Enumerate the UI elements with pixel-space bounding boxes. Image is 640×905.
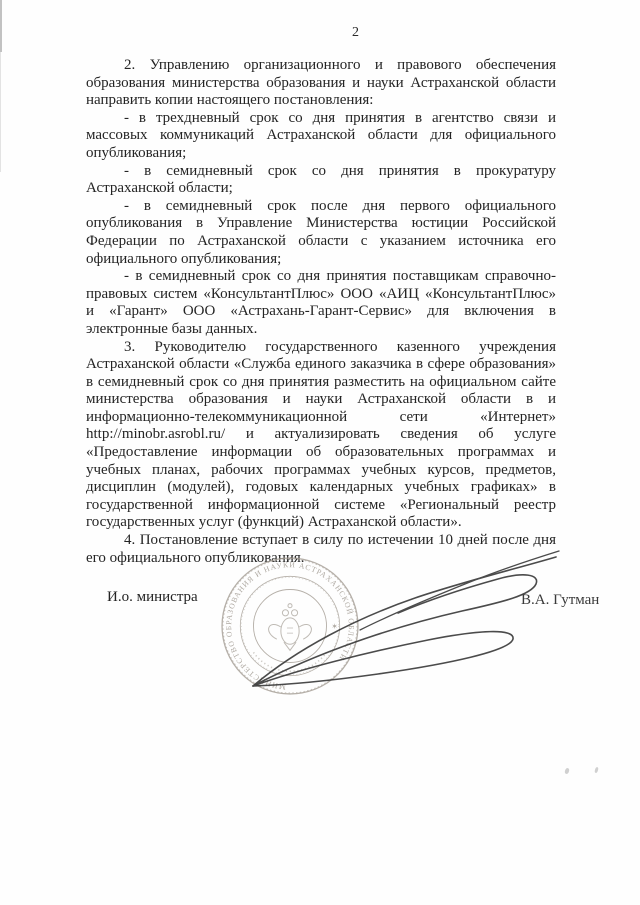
paragraph: - в семидневный срок после дня первого о… — [86, 198, 556, 268]
signer-name: В.А. Гутман — [521, 592, 599, 609]
paragraph: 3. Руководителю государственного казенно… — [86, 339, 556, 533]
paragraph: 2. Управлению организационного и правово… — [86, 57, 556, 110]
official-seal: МИНИСТЕРСТВО ОБРАЗОВАНИЯ И НАУКИ АСТРАХА… — [219, 555, 361, 697]
paragraph: - в трехдневный срок со дня принятия в а… — [86, 110, 556, 163]
scan-edge-artifact — [0, 52, 1, 172]
double-headed-eagle-icon — [269, 604, 312, 651]
seal-star-icon: ✶ — [331, 622, 338, 631]
signer-role: И.о. министра — [107, 589, 198, 606]
scan-speck — [564, 768, 570, 775]
paragraph: - в семидневный срок со дня принятия в п… — [86, 163, 556, 198]
scan-edge-artifact — [0, 0, 2, 52]
document-body: 2. Управлению организационного и правово… — [86, 57, 556, 567]
page-number: 2 — [352, 25, 359, 41]
scan-speck — [594, 767, 599, 774]
paragraph: - в семидневный срок со дня принятия пос… — [86, 268, 556, 338]
document-page: 2 2. Управлению организационного и право… — [0, 0, 640, 905]
